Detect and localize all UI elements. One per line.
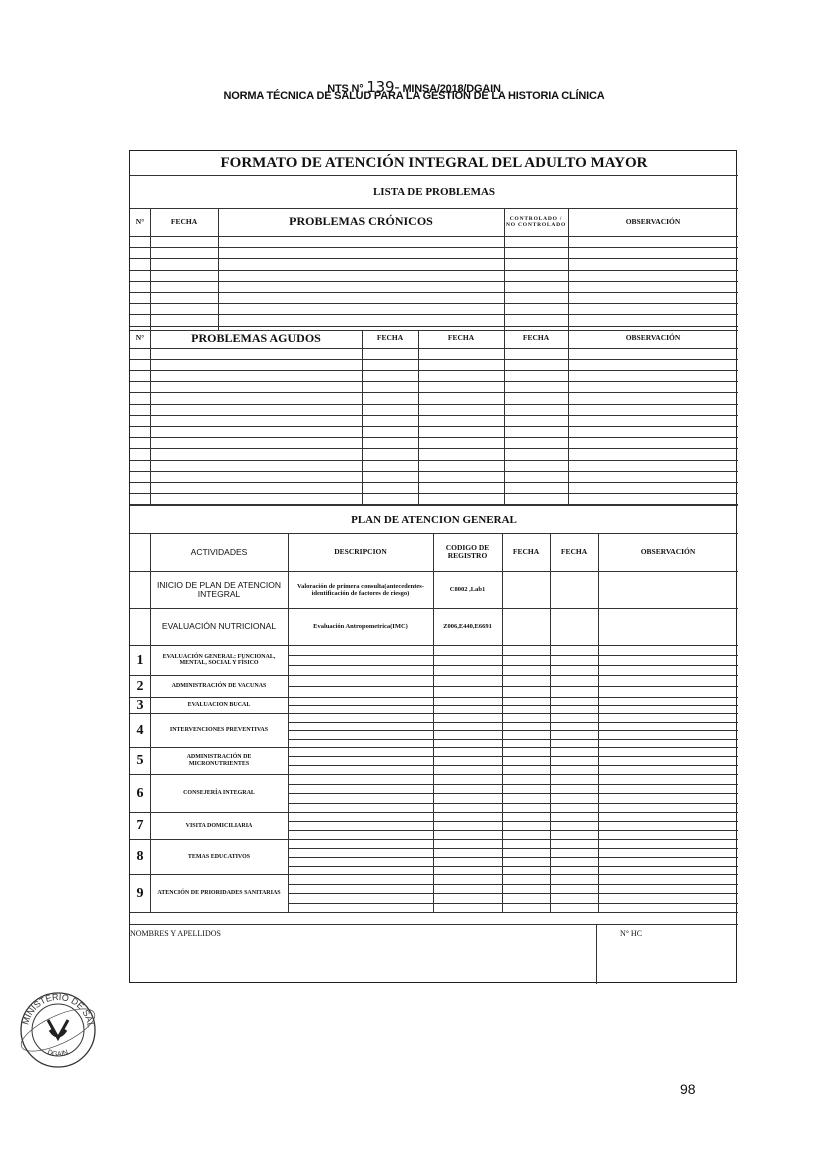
acute-cell[interactable] bbox=[568, 359, 738, 370]
activity-number: 8 bbox=[130, 839, 150, 874]
column-line bbox=[598, 533, 599, 912]
plan-activity: INTERVENCIONES PREVENTIVAS bbox=[156, 713, 282, 747]
acute-cell[interactable] bbox=[418, 426, 504, 437]
plan-cell[interactable] bbox=[598, 675, 738, 697]
acute-cell[interactable] bbox=[130, 381, 150, 392]
plan-cell[interactable] bbox=[598, 812, 738, 839]
header-num: N° bbox=[130, 208, 150, 236]
acute-cell[interactable] bbox=[150, 392, 362, 403]
header-num: N° bbox=[130, 330, 150, 348]
document-subtitle: NORMA TÉCNICA DE SALUD PARA LA GESTIÓN D… bbox=[0, 90, 828, 102]
acute-cell[interactable] bbox=[362, 493, 418, 504]
header-date: FECHA bbox=[502, 533, 550, 571]
plan-cell[interactable] bbox=[502, 874, 550, 912]
chronic-cell[interactable] bbox=[130, 258, 150, 269]
plan-code: Z006,E440,E6691 bbox=[433, 608, 502, 645]
acute-cell[interactable] bbox=[150, 482, 362, 493]
plan-cell[interactable] bbox=[502, 645, 550, 675]
column-line bbox=[150, 533, 151, 912]
activity-number: 4 bbox=[130, 713, 150, 747]
chronic-cell[interactable] bbox=[504, 258, 568, 269]
plan-cell[interactable] bbox=[433, 839, 502, 874]
plan-description: Valoración de primera consulta(anteceden… bbox=[292, 571, 429, 608]
acute-cell[interactable] bbox=[150, 415, 362, 426]
header-code: CODIGO DE REGISTRO bbox=[437, 533, 498, 571]
chronic-cell[interactable] bbox=[130, 281, 150, 292]
plan-cell[interactable] bbox=[550, 571, 598, 608]
acute-cell[interactable] bbox=[568, 448, 738, 459]
acute-cell[interactable] bbox=[568, 460, 738, 471]
acute-cell[interactable] bbox=[362, 348, 418, 359]
plan-description: Evaluación Antropometrica(IMC) bbox=[292, 608, 429, 645]
acute-cell[interactable] bbox=[362, 392, 418, 403]
header-date: FECHA bbox=[550, 533, 598, 571]
plan-cell[interactable] bbox=[550, 874, 598, 912]
plan-cell[interactable] bbox=[433, 774, 502, 812]
activity-number: 5 bbox=[130, 747, 150, 774]
section-title-problems: LISTA DE PROBLEMAS bbox=[130, 177, 738, 207]
acute-cell[interactable] bbox=[504, 415, 568, 426]
chronic-cell[interactable] bbox=[218, 236, 504, 247]
acute-cell[interactable] bbox=[418, 381, 504, 392]
chronic-cell[interactable] bbox=[130, 247, 150, 258]
plan-cell[interactable] bbox=[550, 812, 598, 839]
svg-text:DGAIN: DGAIN bbox=[46, 1049, 69, 1058]
chronic-cell[interactable] bbox=[568, 270, 738, 281]
column-line bbox=[288, 533, 289, 912]
plan-cell[interactable] bbox=[433, 812, 502, 839]
acute-cell[interactable] bbox=[362, 460, 418, 471]
column-line bbox=[568, 330, 569, 505]
header-date: FECHA bbox=[418, 330, 504, 348]
acute-cell[interactable] bbox=[504, 404, 568, 415]
plan-cell[interactable] bbox=[502, 571, 550, 608]
plan-cell[interactable] bbox=[502, 839, 550, 874]
chronic-cell[interactable] bbox=[150, 281, 218, 292]
chronic-cell[interactable] bbox=[218, 303, 504, 314]
chronic-cell[interactable] bbox=[130, 236, 150, 247]
hc-field[interactable] bbox=[666, 924, 738, 944]
plan-cell[interactable] bbox=[598, 874, 738, 912]
plan-cell[interactable] bbox=[288, 747, 433, 774]
acute-cell[interactable] bbox=[130, 437, 150, 448]
column-line bbox=[150, 208, 151, 330]
acute-cell[interactable] bbox=[568, 392, 738, 403]
plan-activity: TEMAS EDUCATIVOS bbox=[156, 839, 282, 874]
acute-cell[interactable] bbox=[150, 348, 362, 359]
chronic-cell[interactable] bbox=[218, 281, 504, 292]
plan-code: C8002 ,Lab1 bbox=[433, 571, 502, 608]
chronic-cell[interactable] bbox=[568, 258, 738, 269]
plan-cell[interactable] bbox=[288, 645, 433, 675]
chronic-cell[interactable] bbox=[504, 281, 568, 292]
plan-cell[interactable] bbox=[550, 697, 598, 713]
chronic-cell[interactable] bbox=[568, 314, 738, 325]
column-line bbox=[218, 208, 219, 330]
plan-activity: EVALUACIÓN NUTRICIONAL bbox=[154, 608, 284, 645]
plan-cell[interactable] bbox=[502, 747, 550, 774]
acute-cell[interactable] bbox=[418, 348, 504, 359]
chronic-cell[interactable] bbox=[130, 303, 150, 314]
acute-cell[interactable] bbox=[418, 493, 504, 504]
plan-cell[interactable] bbox=[598, 571, 738, 608]
acute-cell[interactable] bbox=[130, 471, 150, 482]
acute-cell[interactable] bbox=[504, 426, 568, 437]
acute-cell[interactable] bbox=[504, 471, 568, 482]
plan-cell[interactable] bbox=[550, 839, 598, 874]
plan-activity: EVALUACIÓN GENERAL: FUNCIONAL, MENTAL, S… bbox=[156, 645, 282, 675]
column-line bbox=[502, 533, 503, 912]
chronic-cell[interactable] bbox=[218, 314, 504, 325]
rule-line bbox=[130, 326, 738, 327]
plan-cell[interactable] bbox=[598, 839, 738, 874]
plan-cell[interactable] bbox=[288, 774, 433, 812]
chronic-cell[interactable] bbox=[504, 303, 568, 314]
acute-cell[interactable] bbox=[418, 482, 504, 493]
acute-cell[interactable] bbox=[130, 426, 150, 437]
names-field[interactable] bbox=[230, 924, 596, 944]
acute-cell[interactable] bbox=[362, 415, 418, 426]
acute-cell[interactable] bbox=[130, 370, 150, 381]
acute-cell[interactable] bbox=[130, 415, 150, 426]
acute-cell[interactable] bbox=[418, 370, 504, 381]
acute-cell[interactable] bbox=[150, 460, 362, 471]
acute-cell[interactable] bbox=[150, 448, 362, 459]
plan-cell[interactable] bbox=[502, 713, 550, 747]
acute-cell[interactable] bbox=[504, 381, 568, 392]
chronic-cell[interactable] bbox=[150, 270, 218, 281]
acute-cell[interactable] bbox=[568, 415, 738, 426]
acute-cell[interactable] bbox=[418, 415, 504, 426]
acute-cell[interactable] bbox=[362, 370, 418, 381]
acute-cell[interactable] bbox=[504, 348, 568, 359]
activity-number: 7 bbox=[130, 812, 150, 839]
chronic-cell[interactable] bbox=[150, 314, 218, 325]
acute-cell[interactable] bbox=[418, 359, 504, 370]
header-chronic-problems: PROBLEMAS CRÓNICOS bbox=[218, 208, 504, 236]
acute-cell[interactable] bbox=[362, 471, 418, 482]
plan-cell[interactable] bbox=[598, 713, 738, 747]
acute-cell[interactable] bbox=[150, 437, 362, 448]
plan-cell[interactable] bbox=[433, 675, 502, 697]
acute-cell[interactable] bbox=[568, 348, 738, 359]
plan-cell[interactable] bbox=[288, 697, 433, 713]
acute-cell[interactable] bbox=[418, 448, 504, 459]
plan-cell[interactable] bbox=[550, 675, 598, 697]
acute-cell[interactable] bbox=[362, 404, 418, 415]
acute-cell[interactable] bbox=[150, 359, 362, 370]
plan-cell[interactable] bbox=[502, 675, 550, 697]
acute-cell[interactable] bbox=[150, 471, 362, 482]
activity-number: 3 bbox=[130, 697, 150, 713]
header-observation: OBSERVACIÓN bbox=[598, 533, 738, 571]
chronic-cell[interactable] bbox=[218, 292, 504, 303]
header-date: FECHA bbox=[362, 330, 418, 348]
acute-cell[interactable] bbox=[418, 404, 504, 415]
plan-cell[interactable] bbox=[550, 645, 598, 675]
chronic-cell[interactable] bbox=[150, 292, 218, 303]
hc-label: N° HC bbox=[596, 924, 666, 944]
chronic-cell[interactable] bbox=[568, 281, 738, 292]
plan-cell[interactable] bbox=[502, 697, 550, 713]
plan-cell[interactable] bbox=[502, 812, 550, 839]
plan-cell[interactable] bbox=[288, 839, 433, 874]
plan-cell[interactable] bbox=[598, 747, 738, 774]
acute-cell[interactable] bbox=[418, 460, 504, 471]
page-number: 98 bbox=[680, 1081, 696, 1097]
chronic-cell[interactable] bbox=[504, 236, 568, 247]
plan-cell[interactable] bbox=[502, 774, 550, 812]
acute-cell[interactable] bbox=[130, 392, 150, 403]
acute-cell[interactable] bbox=[150, 493, 362, 504]
acute-cell[interactable] bbox=[150, 426, 362, 437]
column-line bbox=[433, 533, 434, 912]
acute-cell[interactable] bbox=[362, 426, 418, 437]
activity-number: 2 bbox=[130, 675, 150, 697]
acute-cell[interactable] bbox=[504, 493, 568, 504]
acute-cell[interactable] bbox=[418, 392, 504, 403]
acute-cell[interactable] bbox=[362, 359, 418, 370]
plan-cell[interactable] bbox=[433, 713, 502, 747]
column-line bbox=[418, 330, 419, 505]
plan-activity: INICIO DE PLAN DE ATENCION INTEGRAL bbox=[154, 571, 284, 608]
plan-activity: ADMINISTRACIÓN DE MICRONUTRIENTES bbox=[156, 747, 282, 774]
acute-cell[interactable] bbox=[504, 392, 568, 403]
acute-cell[interactable] bbox=[150, 404, 362, 415]
chronic-cell[interactable] bbox=[130, 292, 150, 303]
plan-cell[interactable] bbox=[598, 697, 738, 713]
acute-cell[interactable] bbox=[362, 381, 418, 392]
acute-cell[interactable] bbox=[362, 448, 418, 459]
activity-number: 6 bbox=[130, 774, 150, 812]
section-title-plan: PLAN DE ATENCION GENERAL bbox=[130, 509, 738, 531]
plan-cell[interactable] bbox=[598, 645, 738, 675]
column-line bbox=[150, 330, 151, 505]
acute-cell[interactable] bbox=[130, 482, 150, 493]
column-line bbox=[504, 330, 505, 505]
acute-cell[interactable] bbox=[568, 493, 738, 504]
acute-cell[interactable] bbox=[150, 370, 362, 381]
acute-cell[interactable] bbox=[504, 370, 568, 381]
plan-cell[interactable] bbox=[288, 675, 433, 697]
plan-cell[interactable] bbox=[502, 608, 550, 645]
rule-line bbox=[130, 912, 738, 913]
chronic-cell[interactable] bbox=[504, 270, 568, 281]
chronic-cell[interactable] bbox=[150, 236, 218, 247]
plan-cell[interactable] bbox=[550, 713, 598, 747]
chronic-cell[interactable] bbox=[218, 247, 504, 258]
plan-activity: EVALUACION BUCAL bbox=[156, 697, 282, 713]
plan-cell[interactable] bbox=[598, 774, 738, 812]
header-controlled: CONTROLADO / NO CONTROLADO bbox=[504, 208, 568, 236]
column-line bbox=[568, 208, 569, 330]
acute-cell[interactable] bbox=[504, 448, 568, 459]
acute-cell[interactable] bbox=[130, 493, 150, 504]
header-description: DESCRIPCION bbox=[288, 533, 433, 571]
acute-cell[interactable] bbox=[362, 437, 418, 448]
header-date: FECHA bbox=[150, 208, 218, 236]
chronic-cell[interactable] bbox=[568, 247, 738, 258]
header-date: FECHA bbox=[504, 330, 568, 348]
acute-cell[interactable] bbox=[418, 471, 504, 482]
column-line bbox=[362, 330, 363, 505]
plan-cell[interactable] bbox=[598, 608, 738, 645]
header-activities: ACTIVIDADES bbox=[150, 533, 288, 571]
activity-number: 9 bbox=[130, 874, 150, 912]
acute-cell[interactable] bbox=[150, 381, 362, 392]
chronic-cell[interactable] bbox=[218, 258, 504, 269]
header-observation: OBSERVACIÓN bbox=[568, 330, 738, 348]
acute-cell[interactable] bbox=[130, 404, 150, 415]
acute-cell[interactable] bbox=[130, 460, 150, 471]
plan-cell[interactable] bbox=[433, 697, 502, 713]
acute-cell[interactable] bbox=[568, 381, 738, 392]
form-title: FORMATO DE ATENCIÓN INTEGRAL DEL ADULTO … bbox=[130, 151, 738, 175]
plan-activity: ADMINISTRACIÓN DE VACUNAS bbox=[156, 675, 282, 697]
plan-cell[interactable] bbox=[433, 874, 502, 912]
plan-cell[interactable] bbox=[288, 713, 433, 747]
acute-cell[interactable] bbox=[568, 426, 738, 437]
plan-cell[interactable] bbox=[550, 747, 598, 774]
chronic-cell[interactable] bbox=[568, 292, 738, 303]
chronic-cell[interactable] bbox=[150, 258, 218, 269]
rule-line bbox=[130, 175, 738, 176]
plan-cell[interactable] bbox=[433, 645, 502, 675]
plan-activity: ATENCIÓN DE PRIORIDADES SANITARIAS bbox=[156, 874, 282, 912]
header-acute-problems: PROBLEMAS AGUDOS bbox=[150, 330, 362, 348]
acute-cell[interactable] bbox=[568, 482, 738, 493]
activity-number: 1 bbox=[130, 645, 150, 675]
acute-cell[interactable] bbox=[418, 437, 504, 448]
chronic-cell[interactable] bbox=[150, 247, 218, 258]
ministry-stamp-icon: MINISTERIO DE SALUD DGAIN bbox=[18, 990, 98, 1070]
acute-cell[interactable] bbox=[568, 437, 738, 448]
rule-line bbox=[130, 505, 738, 506]
chronic-cell[interactable] bbox=[504, 247, 568, 258]
plan-cell[interactable] bbox=[550, 608, 598, 645]
chronic-cell[interactable] bbox=[568, 236, 738, 247]
plan-cell[interactable] bbox=[288, 874, 433, 912]
column-line bbox=[504, 208, 505, 330]
column-line bbox=[550, 533, 551, 912]
acute-cell[interactable] bbox=[130, 448, 150, 459]
acute-cell[interactable] bbox=[504, 359, 568, 370]
acute-cell[interactable] bbox=[568, 471, 738, 482]
chronic-cell[interactable] bbox=[504, 314, 568, 325]
chronic-cell[interactable] bbox=[150, 303, 218, 314]
plan-cell[interactable] bbox=[433, 747, 502, 774]
acute-cell[interactable] bbox=[130, 359, 150, 370]
acute-cell[interactable] bbox=[568, 404, 738, 415]
acute-cell[interactable] bbox=[568, 370, 738, 381]
plan-cell[interactable] bbox=[550, 774, 598, 812]
chronic-cell[interactable] bbox=[218, 270, 504, 281]
plan-activity: CONSEJERÍA INTEGRAL bbox=[156, 774, 282, 812]
acute-cell[interactable] bbox=[504, 482, 568, 493]
header-observation: OBSERVACIÓN bbox=[568, 208, 738, 236]
chronic-cell[interactable] bbox=[504, 292, 568, 303]
form-sheet: FORMATO DE ATENCIÓN INTEGRAL DEL ADULTO … bbox=[129, 150, 737, 983]
acute-cell[interactable] bbox=[362, 482, 418, 493]
acute-cell[interactable] bbox=[130, 348, 150, 359]
chronic-cell[interactable] bbox=[130, 314, 150, 325]
chronic-cell[interactable] bbox=[130, 270, 150, 281]
plan-activity: VISITA DOMICILIARIA bbox=[156, 812, 282, 839]
chronic-cell[interactable] bbox=[568, 303, 738, 314]
plan-cell[interactable] bbox=[288, 812, 433, 839]
acute-cell[interactable] bbox=[504, 460, 568, 471]
acute-cell[interactable] bbox=[504, 437, 568, 448]
